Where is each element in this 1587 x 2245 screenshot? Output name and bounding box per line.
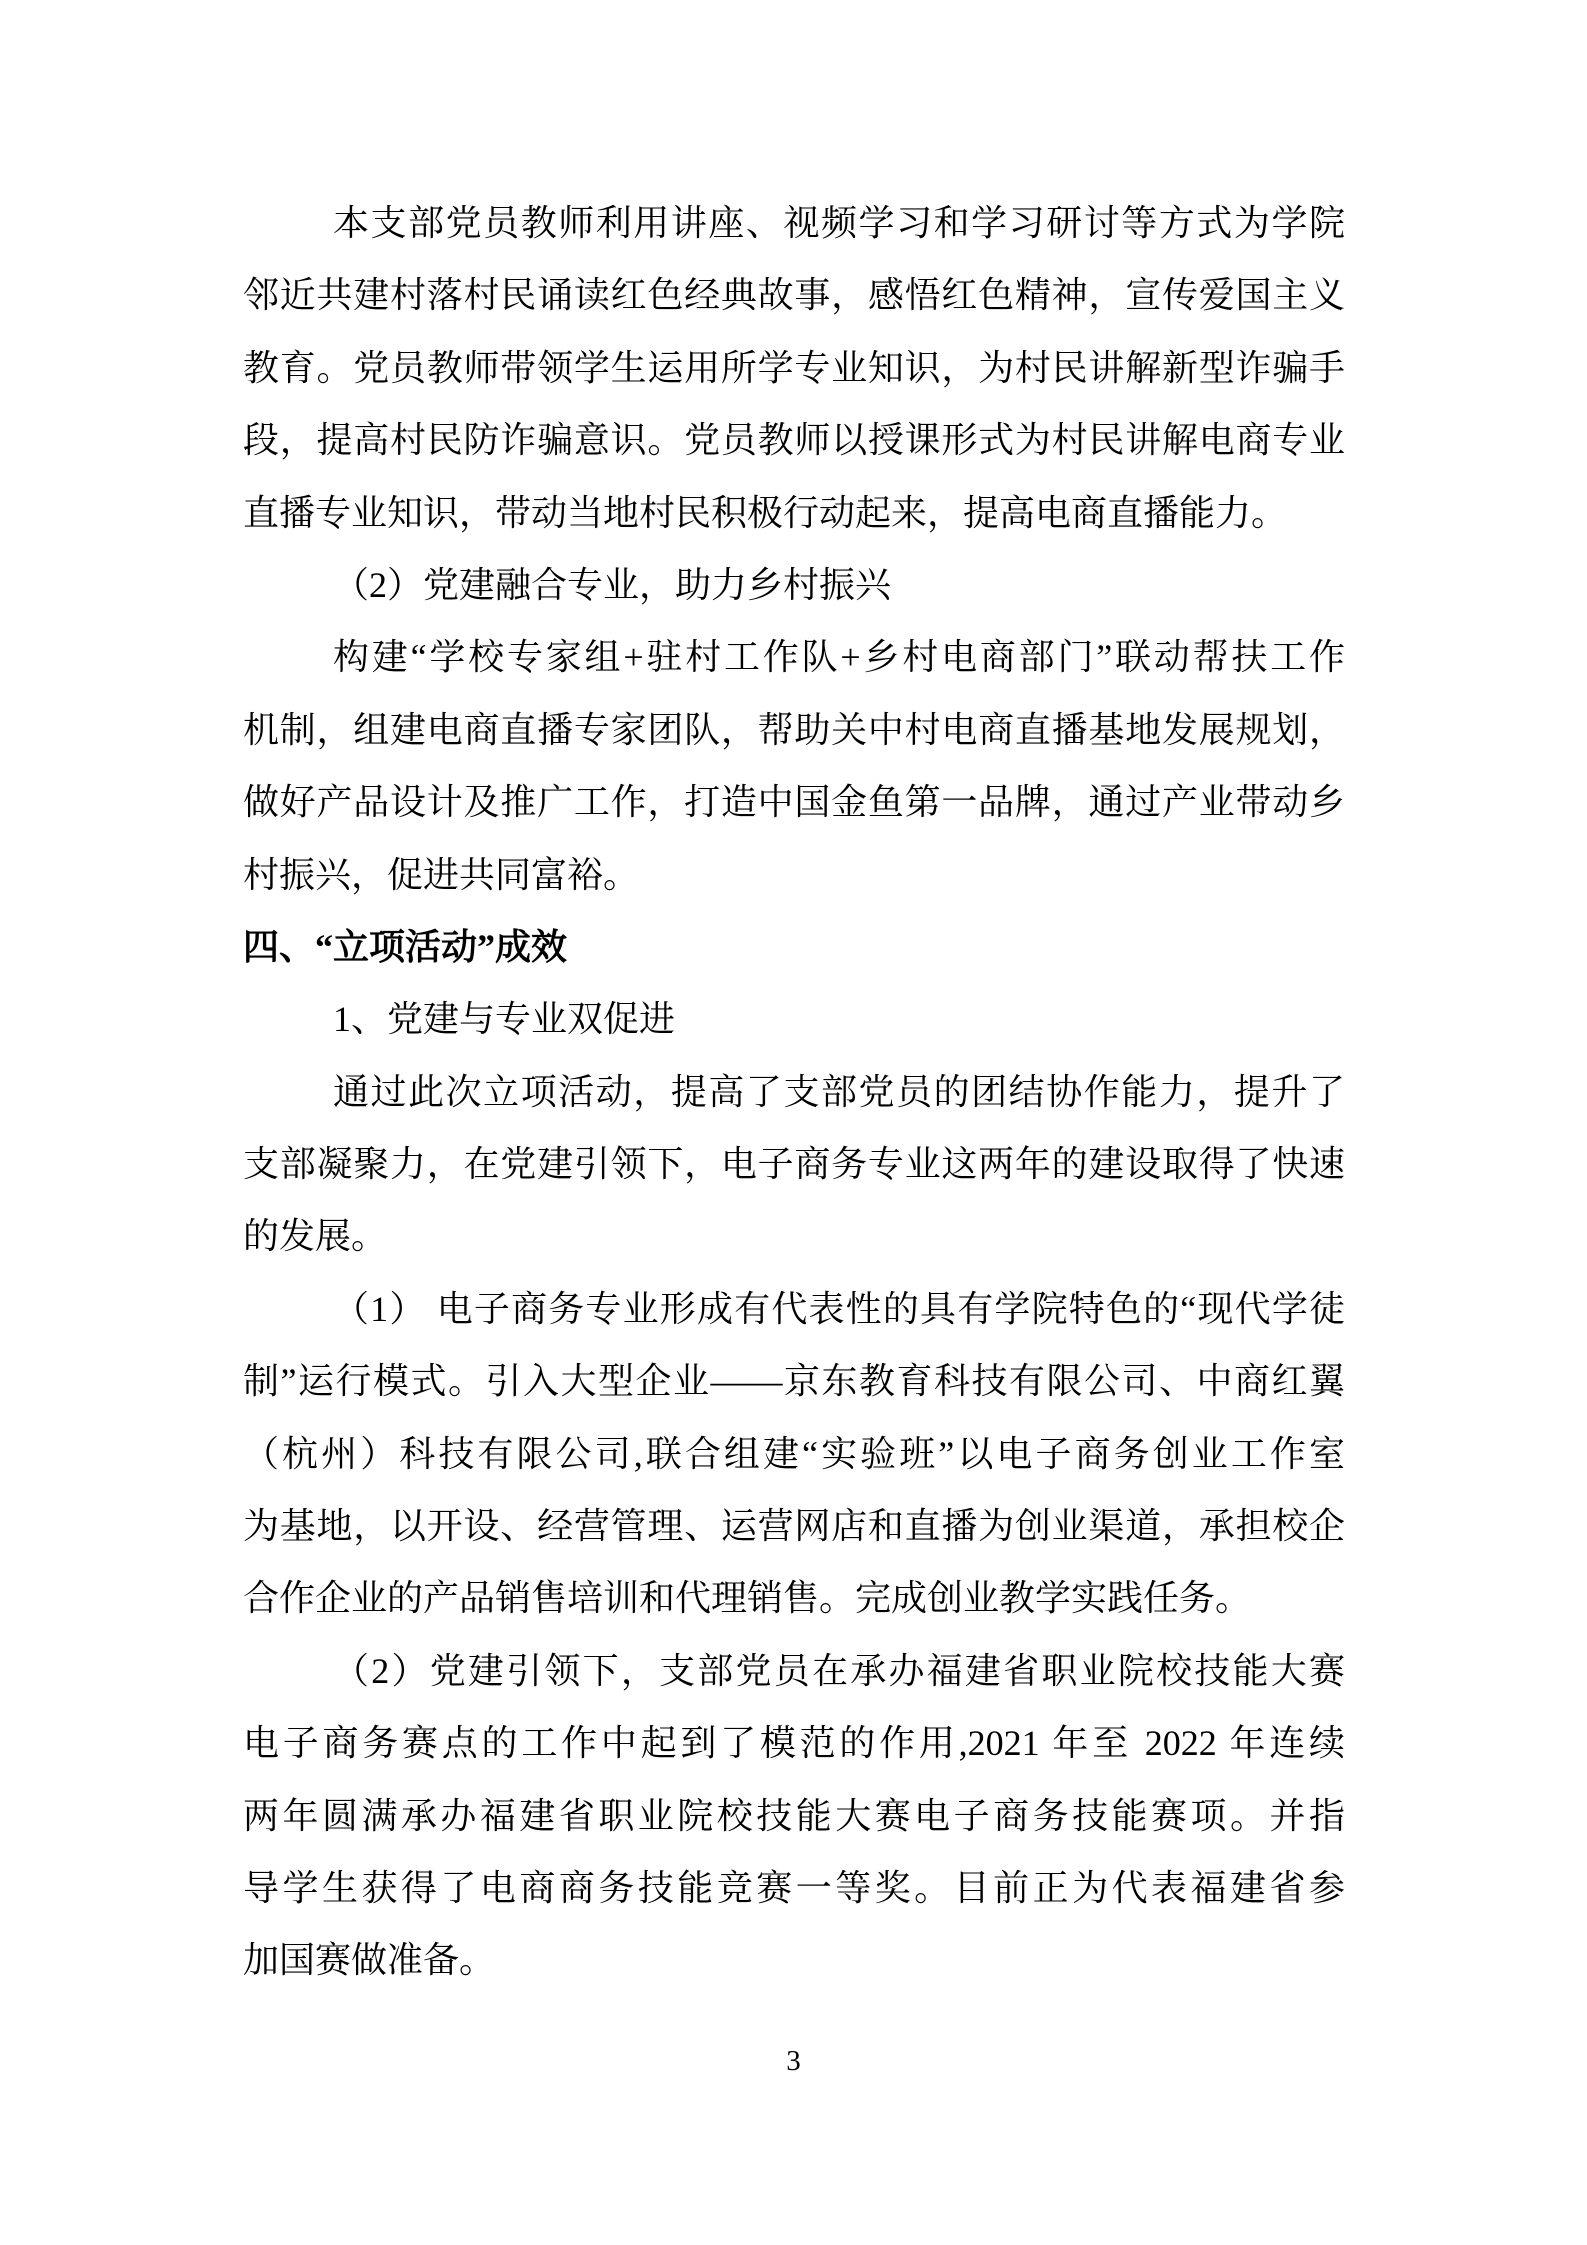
text-line: 两年圆满承办福建省职业院校技能大赛电子商务技能赛项。并指 (243, 1780, 1345, 1852)
text-line: 电子商务赛点的工作中起到了模范的作用,2021 年至 2022 年连续 (243, 1707, 1345, 1779)
text-line: 直播专业知识，带动当地村民积极行动起来，提高电商直播能力。 (243, 477, 1345, 549)
text-line: 1、党建与专业双促进 (243, 983, 1345, 1055)
text-line: 段，提高村民防诈骗意识。党员教师以授课形式为村民讲解电商专业 (243, 404, 1345, 476)
text-line: 做好产品设计及推广工作，打造中国金鱼第一品牌，通过产业带动乡 (243, 766, 1345, 838)
text-line: 本支部党员教师利用讲座、视频学习和学习研讨等方式为学院 (243, 187, 1345, 259)
text-line: （2）党建引领下，支部党员在承办福建省职业院校技能大赛 (243, 1635, 1345, 1707)
text-line: （杭州）科技有限公司,联合组建“实验班”以电子商务创业工作室 (243, 1418, 1345, 1490)
text-line: （2）党建融合专业，助力乡村振兴 (243, 549, 1345, 621)
page: 本支部党员教师利用讲座、视频学习和学习研讨等方式为学院邻近共建村落村民诵读红色经… (0, 0, 1587, 2245)
text-line: 为基地，以开设、经营管理、运营网店和直播为创业渠道，承担校企 (243, 1490, 1345, 1562)
text-line: 邻近共建村落村民诵读红色经典故事，感悟红色精神，宣传爱国主义 (243, 259, 1345, 331)
text-line: 制”运行模式。引入大型企业——京东教育科技有限公司、中商红翼 (243, 1345, 1345, 1417)
page-number: 3 (0, 2040, 1587, 2082)
text-line: 导学生获得了电商商务技能竞赛一等奖。目前正为代表福建省参 (243, 1852, 1345, 1924)
text-line: 合作企业的产品销售培训和代理销售。完成创业教学实践任务。 (243, 1562, 1345, 1634)
text-line: 通过此次立项活动，提高了支部党员的团结协作能力，提升了 (243, 1056, 1345, 1128)
text-line: 机制，组建电商直播专家团队，帮助关中村电商直播基地发展规划， (243, 694, 1345, 766)
document-body: 本支部党员教师利用讲座、视频学习和学习研讨等方式为学院邻近共建村落村民诵读红色经… (243, 187, 1345, 1997)
text-line: 教育。党员教师带领学生运用所学专业知识，为村民讲解新型诈骗手 (243, 332, 1345, 404)
text-line: 的发展。 (243, 1200, 1345, 1272)
text-line: 村振兴，促进共同富裕。 (243, 839, 1345, 911)
text-line: 加国赛做准备。 (243, 1924, 1345, 1996)
text-line: 构建“学校专家组+驻村工作队+乡村电商部门”联动帮扶工作 (243, 621, 1345, 693)
text-line: 支部凝聚力，在党建引领下，电子商务专业这两年的建设取得了快速 (243, 1128, 1345, 1200)
section-heading: 四、“立项活动”成效 (243, 911, 1345, 983)
text-line: （1） 电子商务专业形成有代表性的具有学院特色的“现代学徒 (243, 1273, 1345, 1345)
